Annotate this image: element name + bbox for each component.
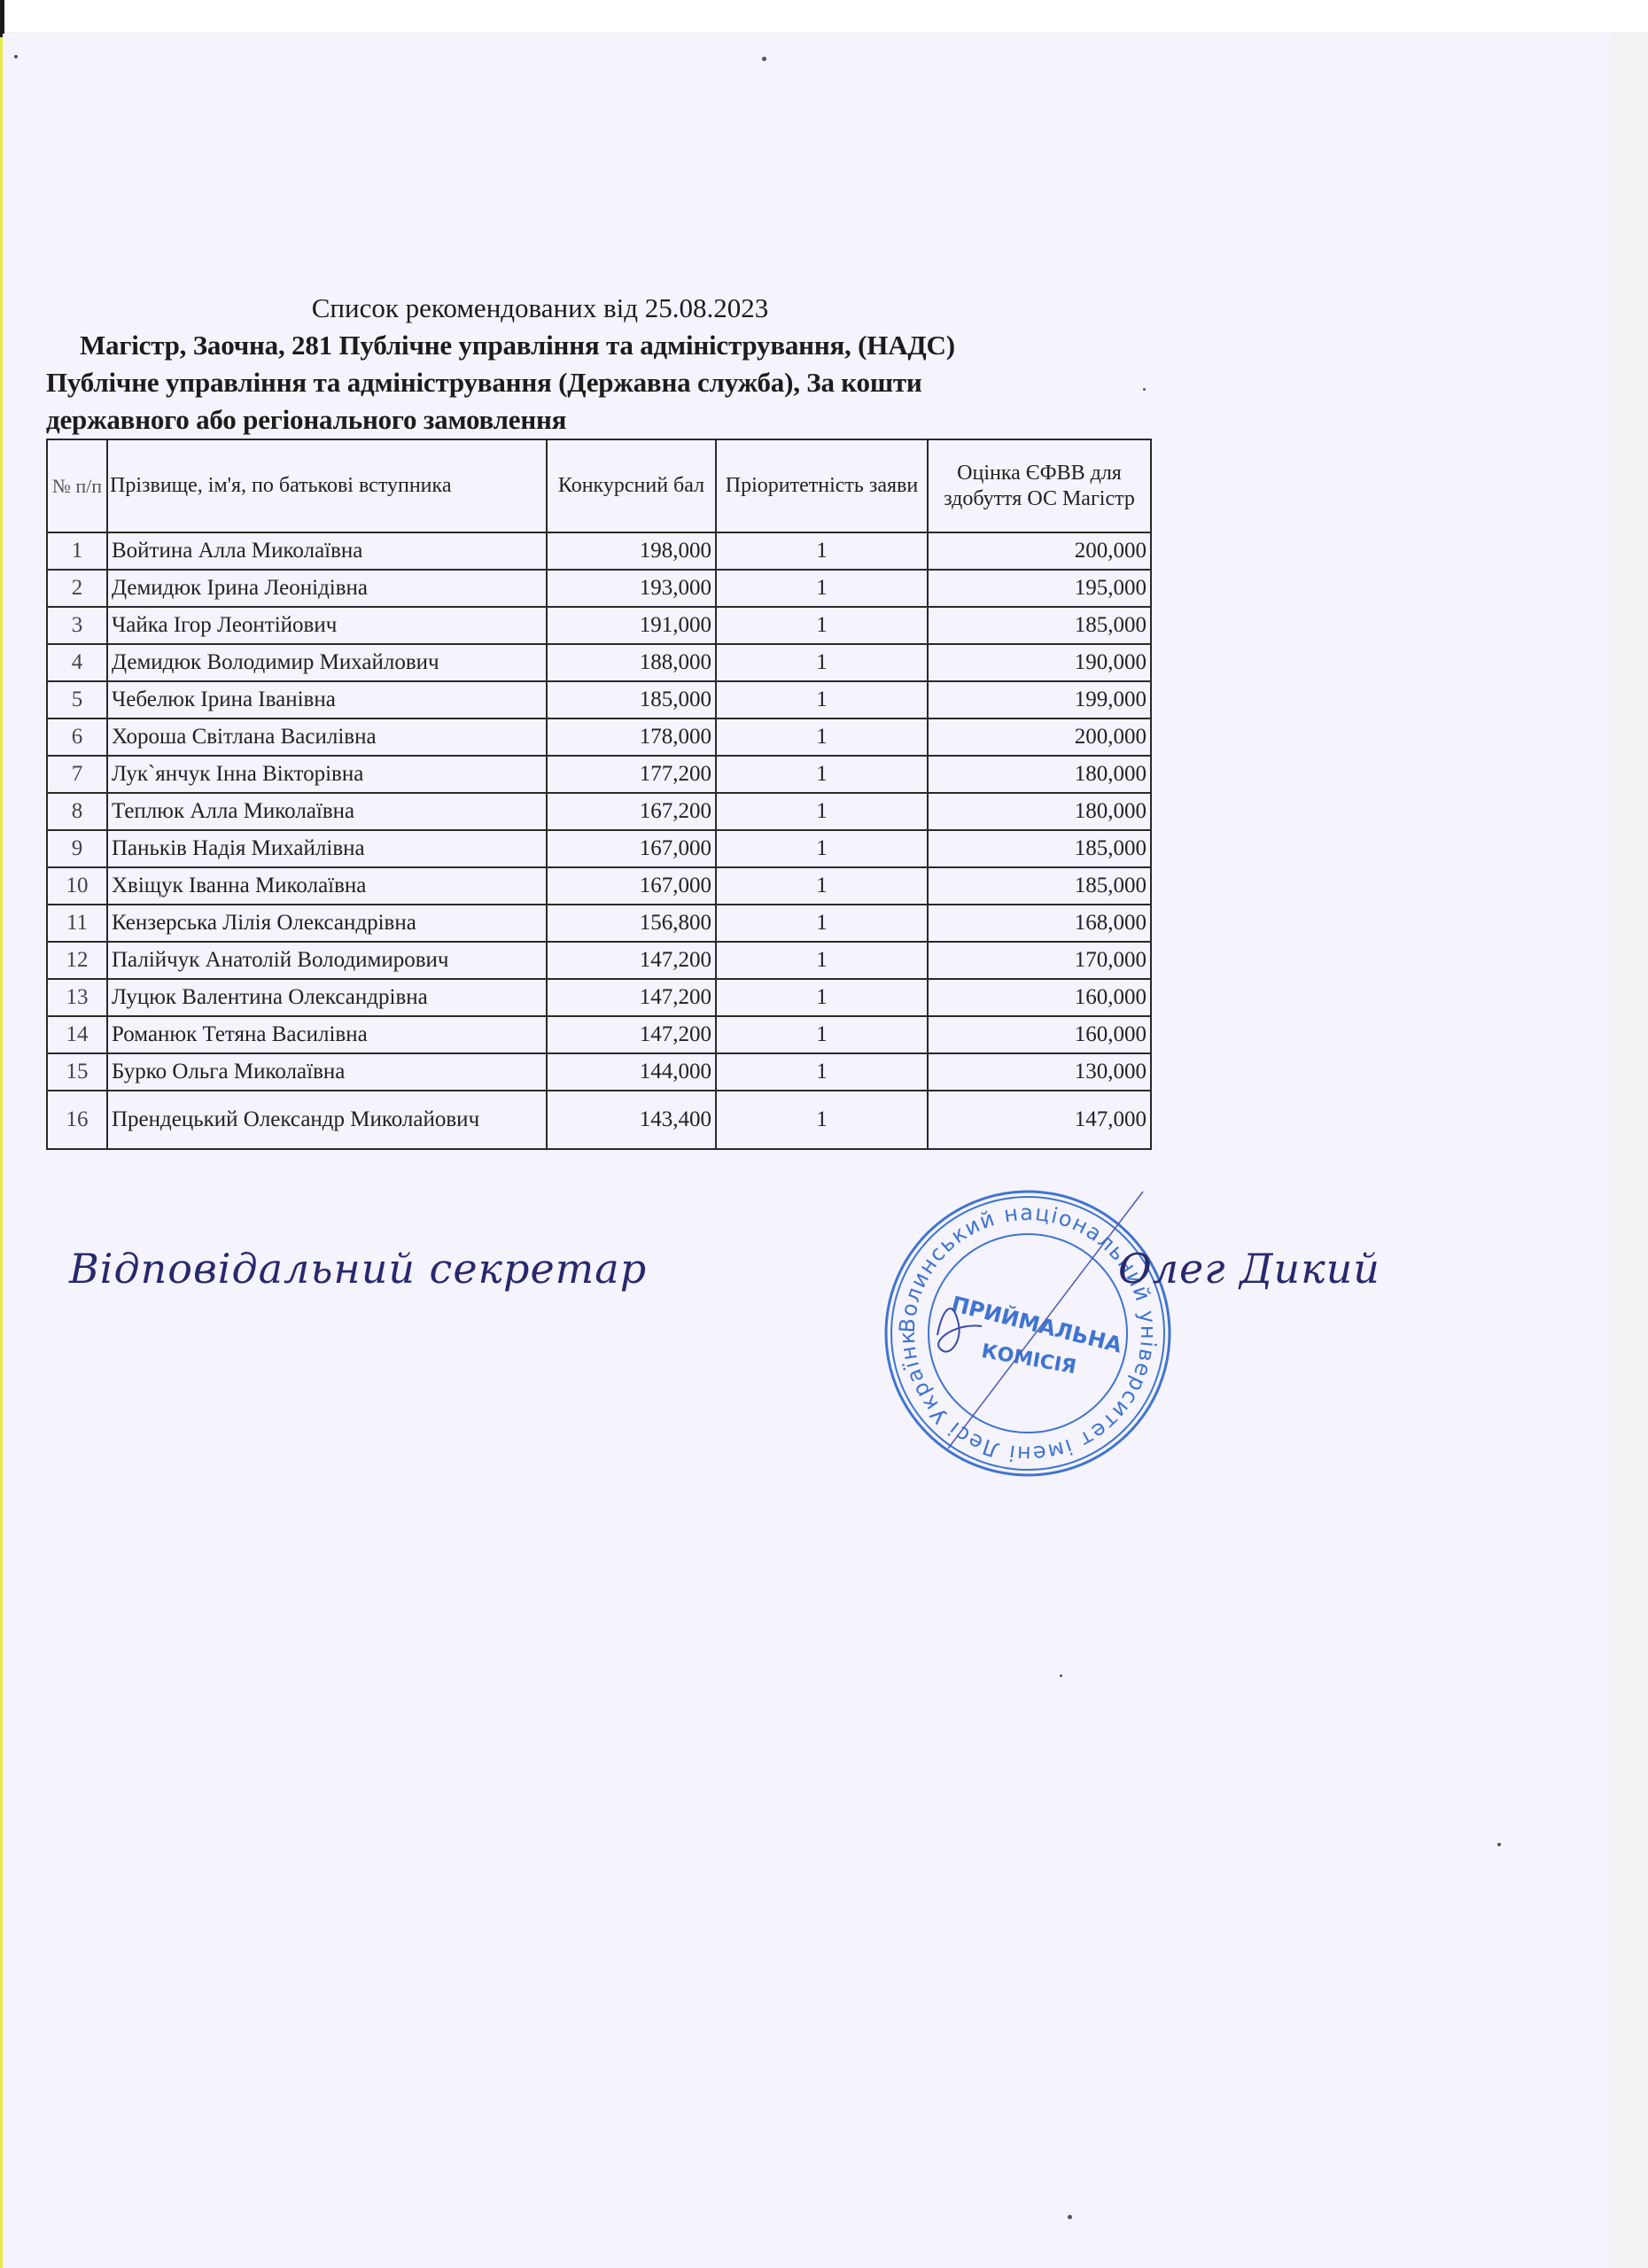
- efvv-score: 200,000: [928, 532, 1151, 570]
- competitive-score: 147,200: [547, 979, 716, 1016]
- applicant-name: Луцюк Валентина Олександрівна: [107, 979, 547, 1016]
- svg-text:ПРИЙМАЛЬНА: ПРИЙМАЛЬНА: [949, 1291, 1125, 1358]
- applicant-name: Кензерська Лілія Олександрівна: [107, 905, 547, 942]
- efvv-score: 168,000: [928, 905, 1151, 942]
- efvv-score: 185,000: [928, 607, 1151, 644]
- header-efvv: Оцінка ЄФВВ для здобуття ОС Магістр: [928, 439, 1151, 532]
- row-number: 3: [47, 607, 107, 644]
- handwritten-role: Відповідальний секретар: [69, 1245, 647, 1293]
- applicant-name: Чебелюк Ірина Іванівна: [107, 681, 547, 718]
- competitive-score: 147,200: [547, 1016, 716, 1053]
- applicant-name: Войтина Алла Миколаївна: [107, 532, 547, 570]
- row-number: 14: [47, 1016, 107, 1053]
- application-priority: 1: [716, 1091, 928, 1149]
- application-priority: 1: [716, 905, 928, 942]
- table-row: 11Кензерська Лілія Олександрівна156,8001…: [47, 905, 1151, 942]
- competitive-score: 177,200: [547, 756, 716, 793]
- handwritten-name: Олег Дикий: [1118, 1245, 1380, 1293]
- efvv-score: 185,000: [928, 867, 1151, 905]
- competitive-score: 156,800: [547, 905, 716, 942]
- header-score: Конкурсний бал: [547, 439, 716, 532]
- scan-speck: [1060, 1674, 1062, 1677]
- competitive-score: 144,000: [547, 1053, 716, 1091]
- efvv-score: 195,000: [928, 570, 1151, 607]
- row-number: 13: [47, 979, 107, 1016]
- application-priority: 1: [716, 532, 928, 570]
- scan-speck: [14, 55, 18, 58]
- table-row: 8Теплюк Алла Миколаївна167,2001180,000: [47, 793, 1151, 830]
- applicant-name: Прендецький Олександр Миколайович: [107, 1091, 547, 1149]
- table-row: 2Демидюк Ірина Леонідівна193,0001195,000: [47, 570, 1151, 607]
- row-number: 11: [47, 905, 107, 942]
- applicant-name: Хороша Світлана Василівна: [107, 718, 547, 756]
- application-priority: 1: [716, 644, 928, 681]
- competitive-score: 188,000: [547, 644, 716, 681]
- header-number: № п/п: [47, 439, 107, 532]
- applicant-name: Палійчук Анатолій Володимирович: [107, 942, 547, 979]
- scan-speck: [1068, 2215, 1072, 2219]
- competitive-score: 167,000: [547, 867, 716, 905]
- application-priority: 1: [716, 793, 928, 830]
- table-row: 15Бурко Ольга Миколаївна144,0001130,000: [47, 1053, 1151, 1091]
- scan-speck: [1143, 388, 1146, 391]
- scan-edge-artifact: [0, 0, 4, 37]
- scan-edge-line: [0, 37, 3, 2268]
- efvv-score: 200,000: [928, 718, 1151, 756]
- funding-line: державного або регіонального замовлення: [46, 402, 566, 438]
- applicant-name: Чайка Ігор Леонтійович: [107, 607, 547, 644]
- efvv-score: 130,000: [928, 1053, 1151, 1091]
- header-name: Прізвище, ім'я, по батькові вступника: [107, 439, 547, 532]
- table-row: 10Хвіщук Іванна Миколаївна167,0001185,00…: [47, 867, 1151, 905]
- applicant-name: Романюк Тетяна Василівна: [107, 1016, 547, 1053]
- table-row: 13Луцюк Валентина Олександрівна147,20011…: [47, 979, 1151, 1016]
- applicant-name: Хвіщук Іванна Миколаївна: [107, 867, 547, 905]
- row-number: 16: [47, 1091, 107, 1149]
- row-number: 12: [47, 942, 107, 979]
- table-row: 4Демидюк Володимир Михайлович188,0001190…: [47, 644, 1151, 681]
- row-number: 2: [47, 570, 107, 607]
- row-number: 1: [47, 532, 107, 570]
- table-row: 5Чебелюк Ірина Іванівна185,0001199,000: [47, 681, 1151, 718]
- scan-speck: [1497, 1843, 1501, 1846]
- efvv-score: 160,000: [928, 979, 1151, 1016]
- application-priority: 1: [716, 1016, 928, 1053]
- application-priority: 1: [716, 718, 928, 756]
- table-row: 12Палійчук Анатолій Володимирович147,200…: [47, 942, 1151, 979]
- document-title: Список рекомендованих від 25.08.2023: [46, 291, 1154, 326]
- efvv-score: 180,000: [928, 793, 1151, 830]
- table-row: 14Романюк Тетяна Василівна147,2001160,00…: [47, 1016, 1151, 1053]
- efvv-score: 180,000: [928, 756, 1151, 793]
- table-row: 9Паньків Надія Михайлівна167,0001185,000: [47, 830, 1151, 867]
- table-row: 7Лук`янчук Інна Вікторівна177,2001180,00…: [47, 756, 1151, 793]
- table-header-row: № п/п Прізвище, ім'я, по батькові вступн…: [47, 439, 1151, 532]
- efvv-score: 190,000: [928, 644, 1151, 681]
- application-priority: 1: [716, 979, 928, 1016]
- applicant-name: Демидюк Ірина Леонідівна: [107, 570, 547, 607]
- table-row: 16Прендецький Олександр Миколайович143,4…: [47, 1091, 1151, 1149]
- applicant-name: Демидюк Володимир Михайлович: [107, 644, 547, 681]
- efvv-score: 185,000: [928, 830, 1151, 867]
- competitive-score: 191,000: [547, 607, 716, 644]
- application-priority: 1: [716, 1053, 928, 1091]
- row-number: 7: [47, 756, 107, 793]
- table-row: 3Чайка Ігор Леонтійович191,0001185,000: [47, 607, 1151, 644]
- program-line: Магістр, Заочна, 281 Публічне управління…: [80, 328, 955, 363]
- competitive-score: 198,000: [547, 532, 716, 570]
- row-number: 6: [47, 718, 107, 756]
- row-number: 8: [47, 793, 107, 830]
- application-priority: 1: [716, 681, 928, 718]
- competitive-score: 167,000: [547, 830, 716, 867]
- competitive-score: 185,000: [547, 681, 716, 718]
- competitive-score: 143,400: [547, 1091, 716, 1149]
- efvv-score: 147,000: [928, 1091, 1151, 1149]
- application-priority: 1: [716, 867, 928, 905]
- stamp-seal-icon: Волинський національний університет імен…: [877, 1183, 1178, 1484]
- table-row: 1Войтина Алла Миколаївна198,0001200,000: [47, 532, 1151, 570]
- table-row: 6Хороша Світлана Василівна178,0001200,00…: [47, 718, 1151, 756]
- competitive-score: 147,200: [547, 942, 716, 979]
- recommended-list-table: № п/п Прізвище, ім'я, по батькові вступн…: [46, 439, 1152, 1150]
- application-priority: 1: [716, 756, 928, 793]
- row-number: 5: [47, 681, 107, 718]
- application-priority: 1: [716, 830, 928, 867]
- efvv-score: 170,000: [928, 942, 1151, 979]
- application-priority: 1: [716, 942, 928, 979]
- applicant-name: Теплюк Алла Миколаївна: [107, 793, 547, 830]
- efvv-score: 160,000: [928, 1016, 1151, 1053]
- row-number: 10: [47, 867, 107, 905]
- application-priority: 1: [716, 570, 928, 607]
- applicant-name: Паньків Надія Михайлівна: [107, 830, 547, 867]
- application-priority: 1: [716, 607, 928, 644]
- competitive-score: 167,200: [547, 793, 716, 830]
- header-priority: Пріоритетність заяви: [716, 439, 928, 532]
- row-number: 9: [47, 830, 107, 867]
- scan-top-margin: [0, 0, 1648, 32]
- row-number: 15: [47, 1053, 107, 1091]
- applicant-name: Бурко Ольга Миколаївна: [107, 1053, 547, 1091]
- row-number: 4: [47, 644, 107, 681]
- svg-text:КОМІСІЯ: КОМІСІЯ: [980, 1340, 1078, 1379]
- applicant-name: Лук`янчук Інна Вікторівна: [107, 756, 547, 793]
- competitive-score: 178,000: [547, 718, 716, 756]
- specialization-line: Публічне управління та адміністрування (…: [46, 365, 922, 400]
- university-stamp: Волинський національний університет імен…: [877, 1183, 1178, 1484]
- efvv-score: 199,000: [928, 681, 1151, 718]
- scan-speck: [762, 57, 766, 61]
- competitive-score: 193,000: [547, 570, 716, 607]
